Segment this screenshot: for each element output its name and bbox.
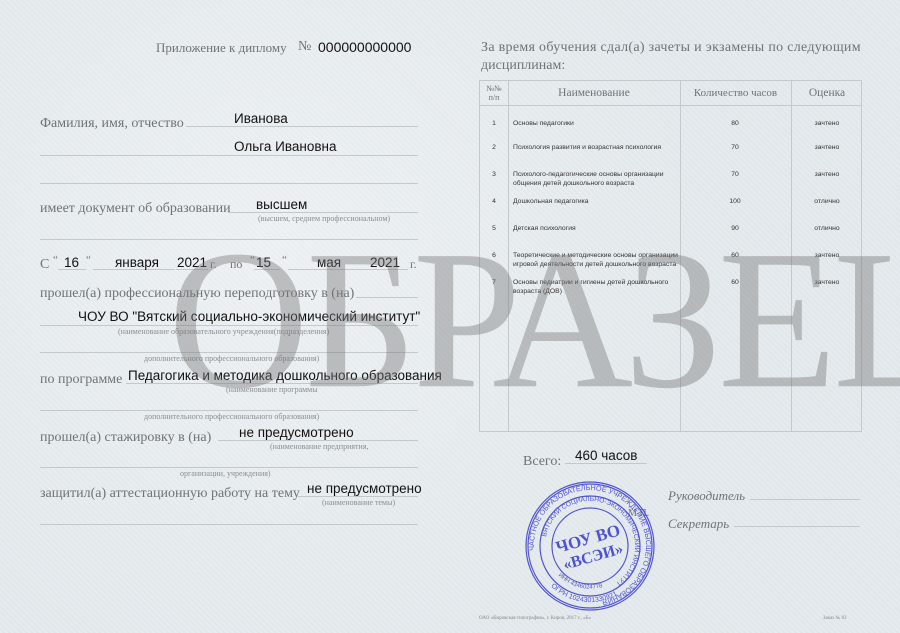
- printer-footer: ОАО «Кировская типография», г. Киров, 20…: [479, 616, 591, 621]
- row-grade: зачтено: [791, 119, 863, 128]
- quote-mark: “: [282, 254, 287, 266]
- row-hours: 80: [680, 119, 790, 128]
- header-num: №№ п/п: [480, 81, 508, 105]
- row-subject-name: Основы педагогики: [513, 119, 683, 128]
- header-name: Наименование: [508, 81, 680, 105]
- period-to-prefix: по: [230, 257, 242, 272]
- institution-stamp: ЧАСТНОЕ ОБРАЗОВАТЕЛЬНОЕ УЧРЕЖДЕНИЕ ВЫСШЕ…: [522, 478, 658, 614]
- internship-hint-2: организации, учреждения): [180, 469, 271, 478]
- row-subject-name: Основы педиатрии и гигиены детей дошколь…: [513, 278, 683, 296]
- diploma-number: 000000000000: [318, 39, 411, 55]
- from-month: января: [115, 255, 159, 270]
- row-subject-name: Дошкольная педагогика: [513, 197, 683, 206]
- education-label: имеет документ об образовании: [40, 201, 231, 217]
- row-grade: отлично: [791, 224, 863, 233]
- subjects-intro-line2: дисциплинам:: [481, 58, 565, 74]
- education-hint: (высшем, среднем профессиональном): [258, 214, 390, 223]
- program-label: по программе: [40, 372, 122, 388]
- row-grade: зачтено: [791, 170, 863, 179]
- thesis-label: защитил(а) аттестационную работу на тему: [40, 486, 300, 502]
- row-number: 2: [480, 143, 508, 152]
- year-suffix: г.: [210, 257, 217, 272]
- row-hours: 60: [680, 278, 790, 287]
- row-hours: 70: [680, 143, 790, 152]
- row-number: 6: [480, 251, 508, 260]
- secretary-label: Секретарь: [668, 516, 729, 532]
- institution-hint-2: дополнительного профессионального образо…: [144, 354, 319, 363]
- to-month: мая: [317, 255, 341, 270]
- year-suffix: г.: [410, 257, 417, 272]
- appendix-label: Приложение к диплому: [156, 40, 287, 56]
- quote-mark: “: [86, 254, 91, 266]
- row-grade: зачтено: [791, 143, 863, 152]
- row-grade: зачтено: [791, 278, 863, 287]
- education-value: высшем: [256, 197, 307, 212]
- header-grade: Оценка: [791, 81, 863, 105]
- row-hours: 70: [680, 170, 790, 179]
- period-from-prefix: С: [40, 257, 49, 273]
- thesis-hint: (наименование темы): [322, 498, 395, 507]
- program-value: Педагогика и методика дошкольного образо…: [128, 368, 442, 383]
- fio-label: Фамилия, имя, отчество: [40, 116, 184, 132]
- quote-mark: “: [53, 254, 58, 266]
- row-number: 4: [480, 197, 508, 206]
- institution-value: ЧОУ ВО "Вятский социально-экономический …: [78, 309, 420, 324]
- row-subject-name: Теоретические и методические основы орга…: [513, 251, 683, 269]
- thesis-value: не предусмотрено: [307, 481, 422, 496]
- quote-mark: “: [250, 254, 255, 266]
- diploma-appendix-page: Приложение к диплому № 000000000000 Фами…: [0, 0, 900, 633]
- internship-value: не предусмотрено: [239, 425, 354, 440]
- from-year: 2021: [177, 255, 207, 270]
- total-label: Всего:: [523, 454, 561, 470]
- surname-value: Иванова: [234, 111, 288, 126]
- row-grade: отлично: [791, 197, 863, 206]
- row-hours: 90: [680, 224, 790, 233]
- program-hint-2: дополнительного профессионального образо…: [144, 412, 319, 421]
- row-grade: зачтено: [791, 251, 863, 260]
- retraining-label: прошел(а) профессиональную переподготовк…: [40, 286, 354, 302]
- internship-label: прошел(а) стажировку в (на): [40, 430, 211, 446]
- subjects-intro-line1: За время обучения сдал(а) зачеты и экзам…: [481, 40, 861, 56]
- row-hours: 60: [680, 251, 790, 260]
- row-subject-name: Психолого-педагогические основы организа…: [513, 170, 683, 188]
- institution-hint: (наименование образовательного учреждени…: [118, 327, 329, 336]
- total-value: 460 часов: [575, 448, 637, 463]
- head-label: Руководитель: [668, 488, 745, 504]
- to-day: 15: [256, 255, 271, 270]
- from-day: 16: [64, 255, 79, 270]
- row-number: 7: [480, 278, 508, 287]
- row-subject-name: Психология развития и возрастная психоло…: [513, 143, 683, 152]
- internship-hint: (наименование предприятия,: [270, 442, 369, 451]
- program-hint: (наименование программы: [226, 385, 318, 394]
- subjects-table: №№ п/п Наименование Количество часов Оце…: [479, 80, 862, 432]
- name-patronymic-value: Ольга Ивановна: [234, 139, 336, 154]
- row-number: 3: [480, 170, 508, 179]
- row-number: 1: [480, 119, 508, 128]
- row-subject-name: Детская психология: [513, 224, 683, 233]
- number-sign: №: [298, 39, 311, 55]
- row-number: 5: [480, 224, 508, 233]
- order-footer: Заказ № 83: [823, 616, 847, 621]
- to-year: 2021: [370, 255, 400, 270]
- row-hours: 100: [680, 197, 790, 206]
- header-hours: Количество часов: [680, 81, 791, 105]
